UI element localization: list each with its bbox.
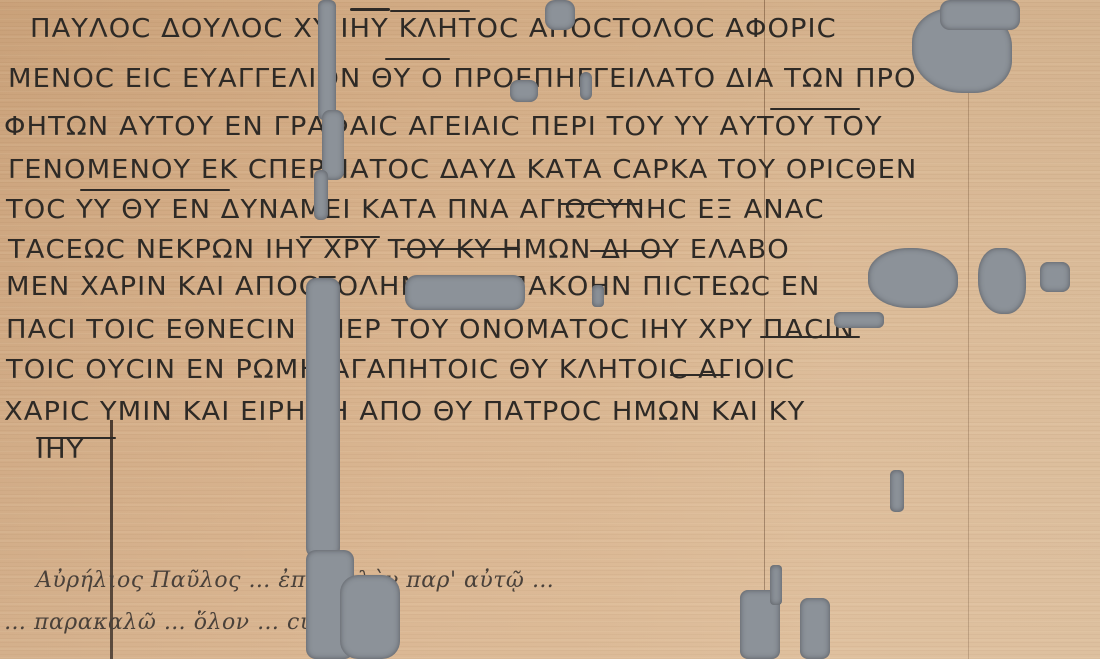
papyrus-gap-vertical-bottom bbox=[340, 575, 400, 659]
nomen-sacrum-overline bbox=[590, 250, 670, 252]
text-line-4: ΓΕΝΟΜΕΝΟΥ ΕΚ ϹΠΕΡΜΑΤΟϹ ΔΑΥΔ ΚΑΤΑ ϹΑΡΚΑ Τ… bbox=[8, 155, 917, 185]
text-line-8: ΠΑϹΙ ΤΟΙϹ ΕΘΝΕϹΙΝ ΥΠΕΡ ΤΟΥ ΟΝΟΜΑΤΟϹ ΙΗΥ … bbox=[6, 315, 855, 345]
papyrus-hole-mid-left bbox=[405, 275, 525, 310]
nomen-sacrum-overline bbox=[350, 8, 390, 11]
papyrus-crack bbox=[968, 0, 969, 659]
text-line-3: ΦΗΤΩΝ ΑΥΤΟΥ ΕΝ ΓΡΑΦΑΙϹ ΑΓΕΙΑΙϹ ΠΕΡΙ ΤΟΥ … bbox=[4, 112, 883, 142]
nomen-sacrum-overline bbox=[560, 203, 640, 205]
text-line-9: ΤΟΙϹ ΟΥϹΙΝ ΕΝ ΡΩΜΗ ΑΓΑΠΗΤΟΙϹ ΘΥ ΚΛΗΤΟΙϹ … bbox=[6, 355, 795, 385]
nomen-sacrum-overline bbox=[385, 58, 450, 60]
text-line-11: ΙΗΥ bbox=[36, 435, 84, 465]
nomen-sacrum-overline bbox=[400, 248, 520, 250]
papyrus-hole-small bbox=[510, 80, 538, 102]
papyrus-hole-small bbox=[580, 72, 592, 100]
papyrus-hole-large-top-right bbox=[940, 0, 1020, 30]
nomen-sacrum-overline bbox=[300, 236, 380, 238]
text-line-10: ΧΑΡΙϹ ΥΜΙΝ ΚΑΙ ΕΙΡΗΝΗ ΑΠΟ ΘΥ ΠΑΤΡΟϹ ΗΜΩΝ… bbox=[4, 397, 805, 427]
papyrus-hole-mid-right bbox=[1040, 262, 1070, 292]
nomen-sacrum-overline bbox=[770, 108, 860, 110]
text-line-2: ΜΕΝΟϹ ΕΙϹ ΕΥΑΓΓΕΛΙΟΝ ΘΥ Ο ΠΡΟΕΠΗΓΓΕΙΛΑΤΟ… bbox=[8, 64, 917, 94]
nomen-sacrum-overline bbox=[36, 437, 116, 439]
papyrus-fragment: ΠΑΥΛΟϹ ΔΟΥΛΟϹ ΧΥ ΙΗΥ ΚΛΗΤΟϹ ΑΠΟϹΤΟΛΟϹ ΑΦ… bbox=[0, 0, 1100, 659]
text-line-6: ΤΑϹΕΩϹ ΝΕΚΡΩΝ ΙΗΥ ΧΡΥ ΤΟΥ ΚΥ ΗΜΩΝ ΔΙ ΟΥ … bbox=[8, 235, 790, 265]
papyrus-hole-mid-left bbox=[592, 285, 604, 307]
papyrus-hole-bottom bbox=[800, 598, 830, 659]
papyrus-hole-top bbox=[545, 0, 575, 30]
nomen-sacrum-overline bbox=[760, 336, 860, 338]
papyrus-gap-vertical-top bbox=[322, 110, 344, 180]
text-line-1: ΠΑΥΛΟϹ ΔΟΥΛΟϹ ΧΥ ΙΗΥ ΚΛΗΤΟϹ ΑΠΟϹΤΟΛΟϹ ΑΦ… bbox=[30, 14, 837, 44]
papyrus-gap-vertical-top bbox=[318, 0, 336, 120]
nomen-sacrum-overline bbox=[390, 10, 470, 12]
cursive-line-1: Αὐρήλιος Παῦλος … ἐπιστολὴν παρ' αὐτῷ … bbox=[36, 568, 554, 593]
papyrus-gap-vertical-main bbox=[306, 278, 340, 558]
papyrus-hole-bottom bbox=[770, 565, 782, 605]
papyrus-hole-mid-right bbox=[834, 312, 884, 328]
papyrus-hole-lower-right bbox=[890, 470, 904, 512]
papyrus-hole-mid-right bbox=[978, 248, 1026, 314]
papyrus-gap-vertical-mid bbox=[314, 170, 328, 220]
nomen-sacrum-overline bbox=[670, 374, 730, 376]
nomen-sacrum-overline bbox=[80, 189, 230, 191]
papyrus-hole-mid-right bbox=[868, 248, 958, 308]
text-line-5: ΤΟϹ ΥΥ ΘΥ ΕΝ ΔΥΝΑΜΕΙ ΚΑΤΑ ΠΝΑ ΑΓΙΩϹΥΝΗϹ … bbox=[6, 195, 825, 225]
